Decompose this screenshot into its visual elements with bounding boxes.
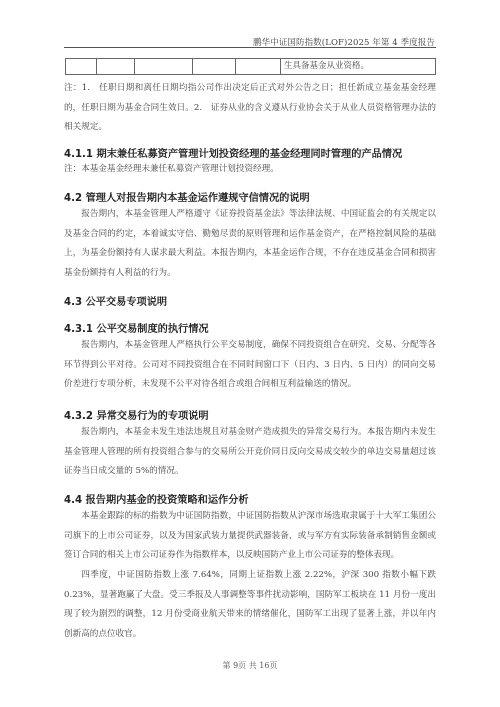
table-cell [135,59,193,74]
section-heading-4-3-1: 4.3.1 公平交易制度的执行情况 [64,320,209,335]
table-cell [97,59,135,74]
table-cell [236,59,281,74]
section-heading-4-2: 4.2 管理人对报告期内本基金运作遵规守信情况的说明 [64,189,310,204]
section-heading-4-1-1: 4.1.1 期末兼任私募资产管理计划投资经理的基金经理同时管理的产品情况 [64,145,402,160]
section-body-4-4-p1: 本基金跟踪的标的指数为中证国防指数，中证国防指数从沪深市场选取隶属于十大军工集团… [64,507,436,566]
section-note-4-1-1: 注：本基金基金经理未兼任私募资产管理计划投资经理。 [64,160,436,180]
section-body-4-3-1: 报告期内，本基金管理人严格执行公平交易制度，确保不同投资组合在研究、交易、分配等… [64,336,436,395]
section-body-4-2: 报告期内，本基金管理人严格遵守《证券投资基金法》等法律法规、中国证监会的有关规定… [64,205,436,283]
table-cell-remark: 生具备基金从业资格。 [281,59,435,74]
section-heading-4-3-2: 4.3.2 异常交易行为的专项说明 [64,407,209,422]
table-cell [193,59,236,74]
table-row: 生具备基金从业资格。 [65,58,436,75]
section-heading-4-3: 4.3 公平交易专项说明 [64,293,167,308]
section-body-4-3-2: 报告期内，本基金未发生违法违规且对基金财产造成损失的异常交易行为。本报告期内未发… [64,423,436,482]
section-heading-4-4: 4.4 报告期内基金的投资策略和运作分析 [64,491,249,506]
header-rule [64,47,436,48]
section-body-4-4-p2: 四季度，中证国防指数上涨 7.64%，同期上证指数上涨 2.22%，沪深 300… [64,566,436,644]
page-number: 第 9页 共 16页 [0,660,500,671]
table-cell [66,59,97,74]
table-note: 注：1. 任职日期和离任日期均指公司作出决定后正式对外公告之日；担任新成立基金基… [64,79,436,138]
